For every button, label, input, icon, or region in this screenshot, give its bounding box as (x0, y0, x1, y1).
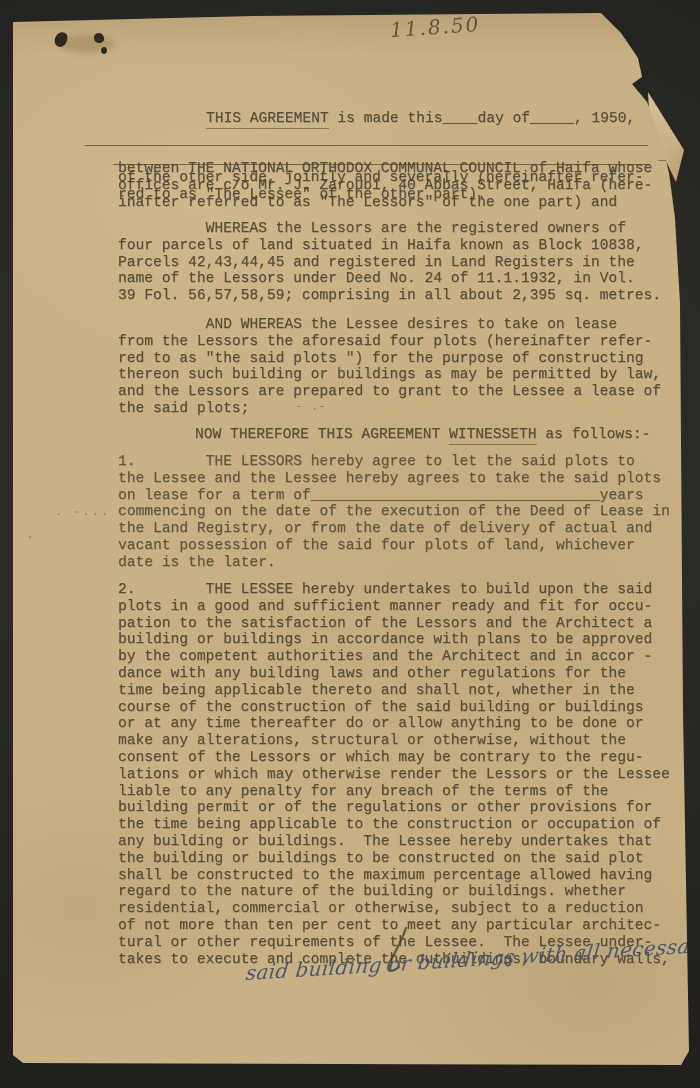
lessee-designation-paragraph: of the other side, jointly and severally… (118, 170, 643, 204)
margin-pencil-marks: . -... (55, 505, 110, 519)
scanner-background: 11.8.50 THIS AGREEMENT is made this____d… (0, 0, 700, 1088)
opening-line1-rest: is made this____day of_____, 1950, (329, 111, 636, 127)
whereas-clause: WHEREAS the Lessors are the registered o… (118, 221, 661, 305)
witnesseth-word: WITNESSETH (449, 427, 537, 445)
margin-pencil-tick: . (26, 527, 36, 542)
witnesseth-line: NOW THEREFORE THIS AGREEMENT WITNESSETH … (118, 427, 650, 444)
clause-2: 2. THE LESSEE hereby undertakes to build… (118, 582, 670, 968)
opening-first-line: THIS AGREEMENT is made this____day of___… (118, 111, 652, 128)
ink-stain (94, 33, 104, 43)
clause-1: 1. THE LESSORS hereby agree to let the s… (118, 454, 670, 572)
blank-fill-rule-1 (85, 145, 648, 146)
handwritten-date: 11.8.50 (389, 12, 481, 42)
blank-fill-rule-2 (113, 164, 650, 165)
agreement-title: THIS AGREEMENT (206, 111, 329, 129)
witnesseth-pre: NOW THEREFORE THIS AGREEMENT (195, 427, 449, 443)
and-whereas-clause: AND WHEREAS the Lessee desires to take o… (118, 317, 661, 418)
opening-paragraph: THIS AGREEMENT is made this____day of___… (118, 77, 652, 245)
witnesseth-post: as follows:- (537, 427, 651, 443)
stray-typed-marks: - .- (295, 399, 326, 414)
ink-stain (101, 47, 107, 54)
document-page: 11.8.50 THIS AGREEMENT is made this____d… (13, 13, 694, 1067)
